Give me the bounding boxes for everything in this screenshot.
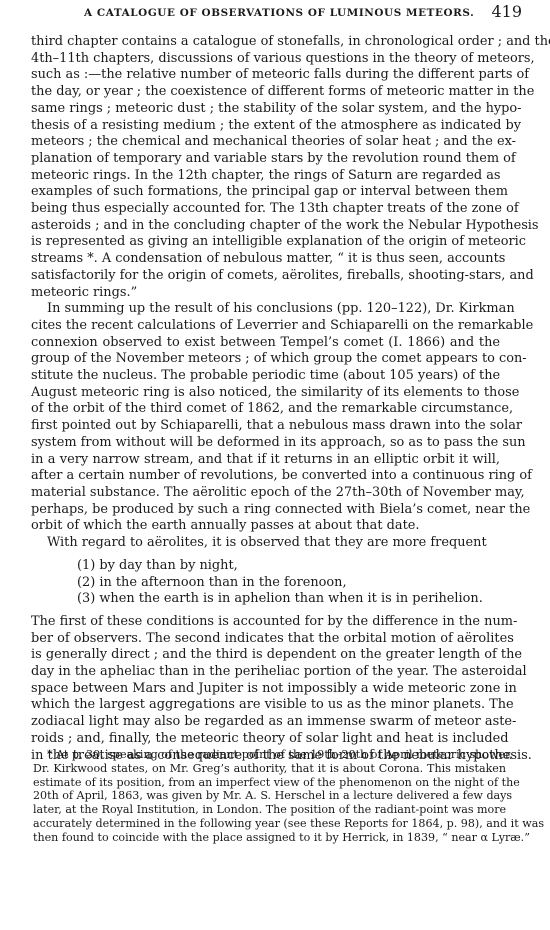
text-line: thesis of a resisting medium ; the exten… (31, 118, 500, 135)
footnote: * At p. 30, speaking of the radiant-poin… (33, 748, 506, 845)
text-line: With regard to aërolites, it is observed… (31, 535, 500, 552)
list-item: (2) in the afternoon than in the forenoo… (77, 575, 500, 592)
numbered-list: (1) by day than by night, (2) in the aft… (77, 558, 500, 608)
text-line: stitute the nucleus. The probable period… (31, 368, 500, 385)
text-line: cites the recent calculations of Leverri… (31, 318, 500, 335)
text-line: being thus especially accounted for. The… (31, 201, 500, 218)
paragraph-2: In summing up the result of his conclusi… (31, 301, 500, 535)
text-line: roids ; and, finally, the meteoric theor… (31, 731, 500, 748)
footnote-line: accurately determined in the following y… (33, 817, 506, 831)
text-line: In summing up the result of his conclusi… (31, 301, 500, 318)
text-line: The first of these conditions is account… (31, 614, 500, 631)
list-item: (3) when the earth is in aphelion than w… (77, 591, 500, 608)
main-text: third chapter contains a catalogue of st… (31, 34, 500, 764)
text-line: satisfactorily for the origin of comets,… (31, 268, 500, 285)
text-line: planation of temporary and variable star… (31, 151, 500, 168)
paragraph-4: The first of these conditions is account… (31, 614, 500, 764)
footnote-line: Dr. Kirkwood states, on Mr. Greg’s autho… (33, 762, 506, 776)
text-line: meteors ; the chemical and mechanical th… (31, 134, 500, 151)
footnote-line: later, at the Royal Institution, in Lond… (33, 803, 506, 817)
text-line: material substance. The aërolitic epoch … (31, 485, 500, 502)
page-number: 419 (491, 2, 522, 21)
text-line: first pointed out by Schiaparelli, that … (31, 418, 500, 435)
text-line: 4th–11th chapters, discussions of variou… (31, 51, 500, 68)
text-line: system from without will be deformed in … (31, 435, 500, 452)
text-line: August meteoric ring is also noticed, th… (31, 385, 500, 402)
footnote-line: 20th of April, 1863, was given by Mr. A.… (33, 789, 506, 803)
text-line: group of the November meteors ; of which… (31, 351, 500, 368)
text-line: space between Mars and Jupiter is not im… (31, 681, 500, 698)
footnote-line: estimate of its position, from an imperf… (33, 776, 506, 790)
footnote-line: then found to coincide with the place as… (33, 831, 506, 845)
footnote-line: * At p. 30, speaking of the radiant-poin… (33, 748, 506, 762)
text-line: meteoric rings. In the 12th chapter, the… (31, 168, 500, 185)
list-item: (1) by day than by night, (77, 558, 500, 575)
paragraph-1: third chapter contains a catalogue of st… (31, 34, 500, 301)
paragraph-3: With regard to aërolites, it is observed… (31, 535, 500, 552)
text-line: streams *. A condensation of nebulous ma… (31, 251, 500, 268)
text-line: such as :—the relative number of meteori… (31, 67, 500, 84)
text-line: is represented as giving an intelligible… (31, 234, 500, 251)
text-line: of the orbit of the third comet of 1862,… (31, 401, 500, 418)
text-line: examples of such formations, the princip… (31, 184, 500, 201)
text-line: meteoric rings.” (31, 285, 500, 302)
running-title: A CATALOGUE OF OBSERVATIONS OF LUMINOUS … (84, 7, 474, 19)
text-line: zodiacal light may also be regarded as a… (31, 714, 500, 731)
page-header: A CATALOGUE OF OBSERVATIONS OF LUMINOUS … (84, 3, 514, 23)
text-line: after a certain number of revolutions, b… (31, 468, 500, 485)
text-line: the day, or year ; the coexistence of di… (31, 84, 500, 101)
text-line: third chapter contains a catalogue of st… (31, 34, 500, 51)
text-line: orbit of which the earth annually passes… (31, 518, 500, 535)
text-line: which the largest aggregations are visib… (31, 697, 500, 714)
text-line: day in the apheliac than in the periheli… (31, 664, 500, 681)
text-line: asteroids ; and in the concluding chapte… (31, 218, 500, 235)
text-line: connexion observed to exist between Temp… (31, 335, 500, 352)
text-line: same rings ; meteoric dust ; the stabili… (31, 101, 500, 118)
text-line: is generally direct ; and the third is d… (31, 647, 500, 664)
text-line: in a very narrow stream, and that if it … (31, 452, 500, 469)
text-line: perhaps, be produced by such a ring conn… (31, 502, 500, 519)
text-line: ber of observers. The second indicates t… (31, 631, 500, 648)
